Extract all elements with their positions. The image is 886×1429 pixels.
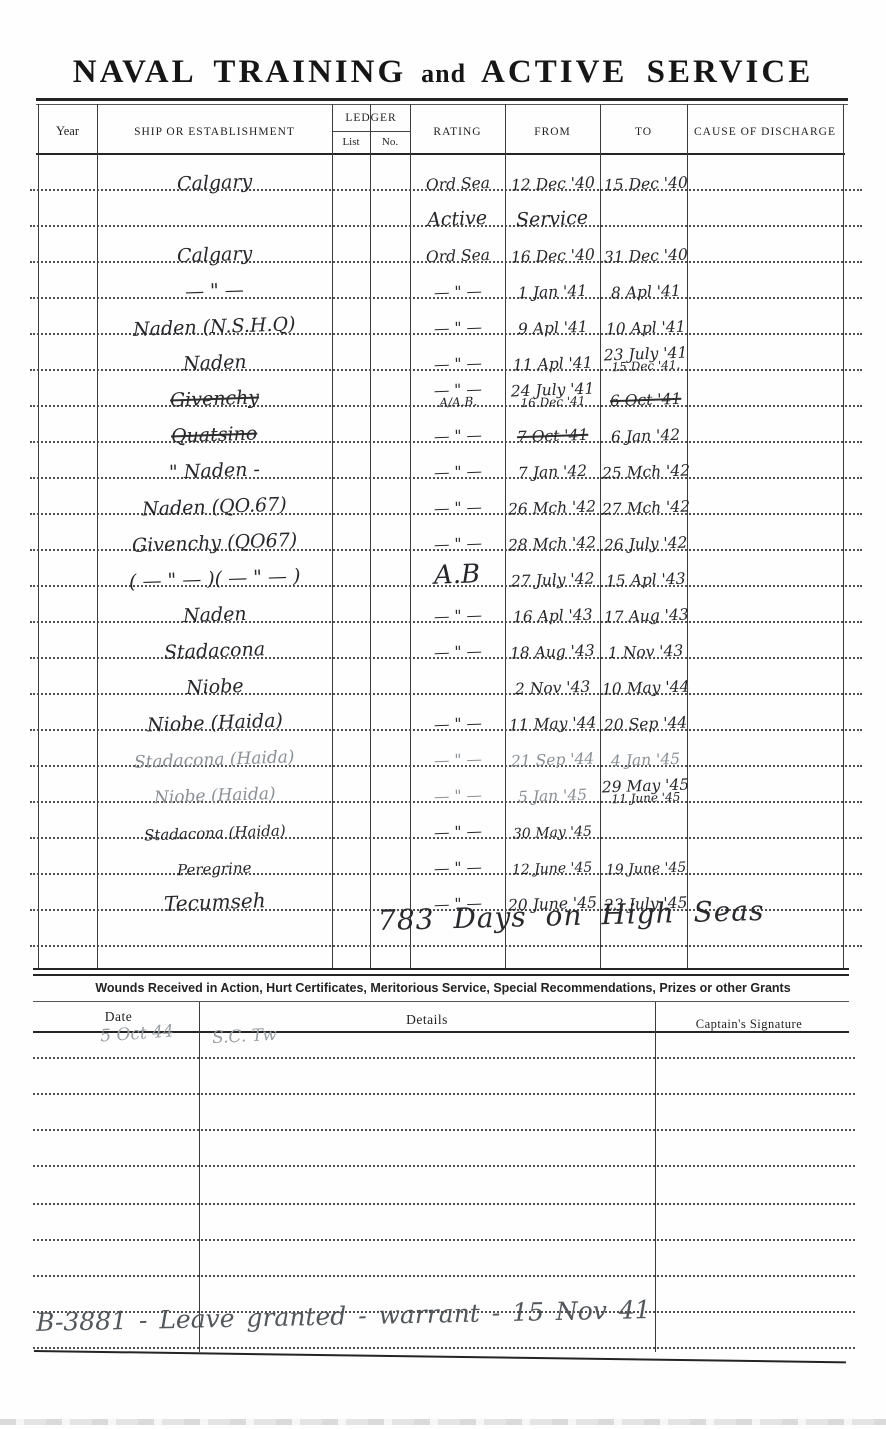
- from-cell: 26 Mch '42: [505, 501, 600, 516]
- rating-cell: — " —: [410, 753, 505, 768]
- ship-cell: Quatsino: [97, 426, 332, 444]
- ship-cell: " Naden -: [97, 462, 332, 480]
- rating-cell: — " —: [410, 717, 505, 732]
- column-header-to: TO: [600, 127, 687, 139]
- from-cell: 12 Dec '40: [505, 177, 600, 192]
- service-row: Peregrine— " —12 June '4519 June '45: [30, 839, 862, 875]
- column-header-list: List: [332, 137, 370, 148]
- from-cell: 9 Apl '41: [505, 321, 600, 336]
- to-cell: 31 Dec '40: [600, 249, 692, 264]
- from-cell: 5 Jan '45: [505, 789, 600, 804]
- service-row: Stadacona— " —18 Aug '431 Nov '43: [30, 623, 862, 659]
- column-header-no: No.: [370, 137, 410, 148]
- rating-cell: — " —: [410, 609, 505, 624]
- from-cell: 11 Apl '41: [505, 357, 600, 372]
- service-row: Quatsino— " —7 Oct '416 Jan '42: [30, 407, 862, 443]
- from-cell: 21 Sep '44: [505, 753, 600, 768]
- ship-cell: Givenchy: [97, 390, 332, 408]
- ship-cell: Naden: [97, 354, 332, 372]
- from-cell: 24 July '4116 Dec '41: [505, 383, 600, 408]
- to-cell: 15 Apl '43: [600, 573, 692, 588]
- service-row: Niobe (Haida)— " —5 Jan '4529 May '4511 …: [30, 767, 862, 803]
- to-cell: 10 May '44: [600, 681, 692, 696]
- wounds-row-line: [33, 1275, 855, 1277]
- wounds-header-captain: Captain's Signature: [655, 1017, 843, 1032]
- wounds-title-underline: [33, 1001, 849, 1002]
- from-cell: 7 Oct '41: [505, 429, 600, 444]
- service-row: Naden (N.S.H.Q)— " —9 Apl '4110 Apl '41: [30, 299, 862, 335]
- ship-cell: Calgary: [97, 246, 332, 264]
- service-row: Naden (QO.67)— " —26 Mch '4227 Mch '42: [30, 479, 862, 515]
- top-rule-thin: [36, 104, 848, 105]
- ship-cell: Tecumseh: [97, 893, 332, 912]
- service-row: Naden— " —16 Apl '4317 Aug '43: [30, 587, 862, 623]
- to-cell: 1 Nov '43: [600, 645, 692, 660]
- service-row: — " —— " —1 Jan '418 Apl '41: [30, 263, 862, 299]
- from-cell: 27 July '42: [505, 573, 600, 588]
- rating-cell: Active: [410, 210, 505, 228]
- rating-cell: — " —: [410, 861, 505, 876]
- wounds-row-line: [33, 1057, 855, 1059]
- ship-cell: Stadacona (Haida): [97, 826, 332, 840]
- to-cell: 17 Aug '43: [600, 609, 692, 624]
- service-row: " Naden -— " —7 Jan '4225 Mch '42: [30, 443, 862, 479]
- from-cell: 7 Jan '42: [505, 465, 600, 480]
- to-cell: 8 Apl '41: [600, 285, 692, 300]
- rating-cell: — " —: [410, 321, 505, 336]
- wounds-divider-date-details: [199, 1002, 200, 1352]
- table-bottom-rule-1: [33, 968, 849, 970]
- rating-cell: — " —: [410, 645, 505, 660]
- rating-cell: — " —: [410, 465, 505, 480]
- ledger-split-line: [332, 131, 410, 132]
- column-header-rating: RATING: [410, 127, 505, 139]
- rating-cell: — " —: [410, 501, 505, 516]
- from-cell: 11 May '44: [505, 717, 600, 732]
- rating-cell: A.B: [410, 563, 505, 588]
- wounds-row-line: [33, 1239, 855, 1241]
- column-header-ledger: LEDGER: [332, 113, 410, 125]
- squiggle-line: [772, 918, 864, 936]
- column-header-cause: CAUSE OF DISCHARGE: [687, 127, 843, 139]
- service-row: Naden— " —11 Apl '4123 July '4115 Dec '4…: [30, 335, 862, 371]
- rating-cell: — " —: [410, 537, 505, 552]
- ship-cell: Peregrine: [97, 862, 332, 876]
- bottom-slanted-rule: [34, 1350, 846, 1363]
- from-cell: 28 Mch '42: [505, 537, 600, 552]
- table-bottom-rule-2: [33, 974, 849, 976]
- from-cell: 2 Nov '43: [505, 681, 600, 696]
- rating-cell: — " —: [410, 789, 505, 804]
- ship-cell: Niobe (Haida): [97, 788, 332, 804]
- ship-cell: ( — " — )( — " — ): [97, 570, 332, 588]
- ship-cell: Niobe: [97, 678, 332, 696]
- from-cell: 16 Dec '40: [505, 249, 600, 264]
- ship-cell: Niobe (Haida): [97, 714, 332, 732]
- service-row: Givenchy— " —A/A.B.24 July '4116 Dec '41…: [30, 371, 862, 407]
- to-cell: 26 July '42: [600, 537, 692, 552]
- to-cell: 6 Oct '41: [600, 393, 692, 408]
- to-cell: 23 July '4115 Dec '41.: [600, 347, 692, 372]
- wounds-row-line: [33, 1129, 855, 1131]
- service-row: Stadacona (Haida)— " —30 May '45: [30, 803, 862, 839]
- service-row: Niobe (Haida)— " —11 May '4420 Sep '44: [30, 695, 862, 731]
- to-cell: 10 Apl '41: [600, 321, 692, 336]
- title-part1: NAVAL TRAINING: [73, 54, 406, 90]
- to-cell: 6 Jan '42: [600, 429, 692, 444]
- wounds-row-line: [33, 1203, 855, 1205]
- service-row: Givenchy (QO67)— " —28 Mch '4226 July '4…: [30, 515, 862, 551]
- from-cell: 30 May '45: [505, 827, 600, 840]
- service-row: CalgaryOrd Sea12 Dec '4015 Dec '40: [30, 155, 862, 191]
- ship-cell: Stadacona: [97, 642, 332, 660]
- wounds-row-line: [33, 1347, 855, 1349]
- rating-cell: — " —: [410, 825, 505, 840]
- from-cell: 1 Jan '41: [505, 285, 600, 300]
- squiggle-line: [42, 922, 377, 940]
- rating-cell: Ord Sea: [410, 249, 505, 264]
- to-cell: 29 May '4511 June '45: [600, 779, 692, 804]
- to-cell: 4 Jan '45: [600, 753, 692, 768]
- wounds-row-line: [33, 1165, 855, 1167]
- page-title: NAVAL TRAINING and ACTIVE SERVICE: [0, 54, 886, 91]
- to-cell: 15 Dec '40: [600, 177, 692, 192]
- service-row: Stadacona (Haida)— " —21 Sep '444 Jan '4…: [30, 731, 862, 767]
- to-cell: 19 June '45: [600, 863, 692, 876]
- rating-cell: Ord Sea: [410, 177, 505, 192]
- rating-cell: — " —A/A.B.: [410, 383, 505, 408]
- title-part2: ACTIVE SERVICE: [481, 54, 813, 90]
- service-record-page: NAVAL TRAINING and ACTIVE SERVICE Year S…: [0, 0, 886, 1429]
- title-conjunction: and: [421, 59, 466, 88]
- service-row: Niobe2 Nov '4310 May '44: [30, 659, 862, 695]
- ship-cell: Calgary: [97, 174, 332, 192]
- ship-cell: Naden: [97, 606, 332, 624]
- from-cell: 18 Aug '43: [505, 645, 600, 660]
- to-cell: 20 Sep '44: [600, 717, 692, 732]
- column-header-year: Year: [38, 125, 97, 138]
- service-row: ( — " — )( — " — )A.B27 July '4215 Apl '…: [30, 551, 862, 587]
- ship-cell: Naden (QO.67): [97, 498, 332, 516]
- from-cell: 16 Apl '43: [505, 609, 600, 624]
- column-header-from: FROM: [505, 127, 600, 139]
- service-row: ActiveService: [30, 191, 862, 227]
- rating-cell: — " —: [410, 285, 505, 300]
- bottom-note: B-3881 - Leave granted - warrant - 15 No…: [36, 1297, 696, 1335]
- wounds-row-line: [33, 1311, 855, 1313]
- rating-cell: — " —: [410, 357, 505, 372]
- ship-cell: — " —: [97, 282, 332, 300]
- to-cell: 27 Mch '42: [600, 501, 692, 516]
- top-rule-thick: [36, 98, 848, 101]
- wounds-row-line: [33, 1093, 855, 1095]
- ship-cell: Givenchy (QO67): [97, 534, 332, 552]
- ship-cell: Naden (N.S.H.Q): [97, 318, 332, 336]
- column-header-ship: SHIP OR ESTABLISHMENT: [97, 127, 332, 139]
- service-row: CalgaryOrd Sea16 Dec '4031 Dec '40: [30, 227, 862, 263]
- rating-cell: — " —: [410, 429, 505, 444]
- from-cell: Service: [505, 210, 600, 228]
- wounds-section-title: Wounds Received in Action, Hurt Certific…: [0, 981, 886, 995]
- ship-cell: Stadacona (Haida): [97, 752, 332, 768]
- to-cell: 25 Mch '42: [600, 465, 692, 480]
- from-cell: 12 June '45: [505, 863, 600, 876]
- scan-artifact: [0, 1419, 886, 1425]
